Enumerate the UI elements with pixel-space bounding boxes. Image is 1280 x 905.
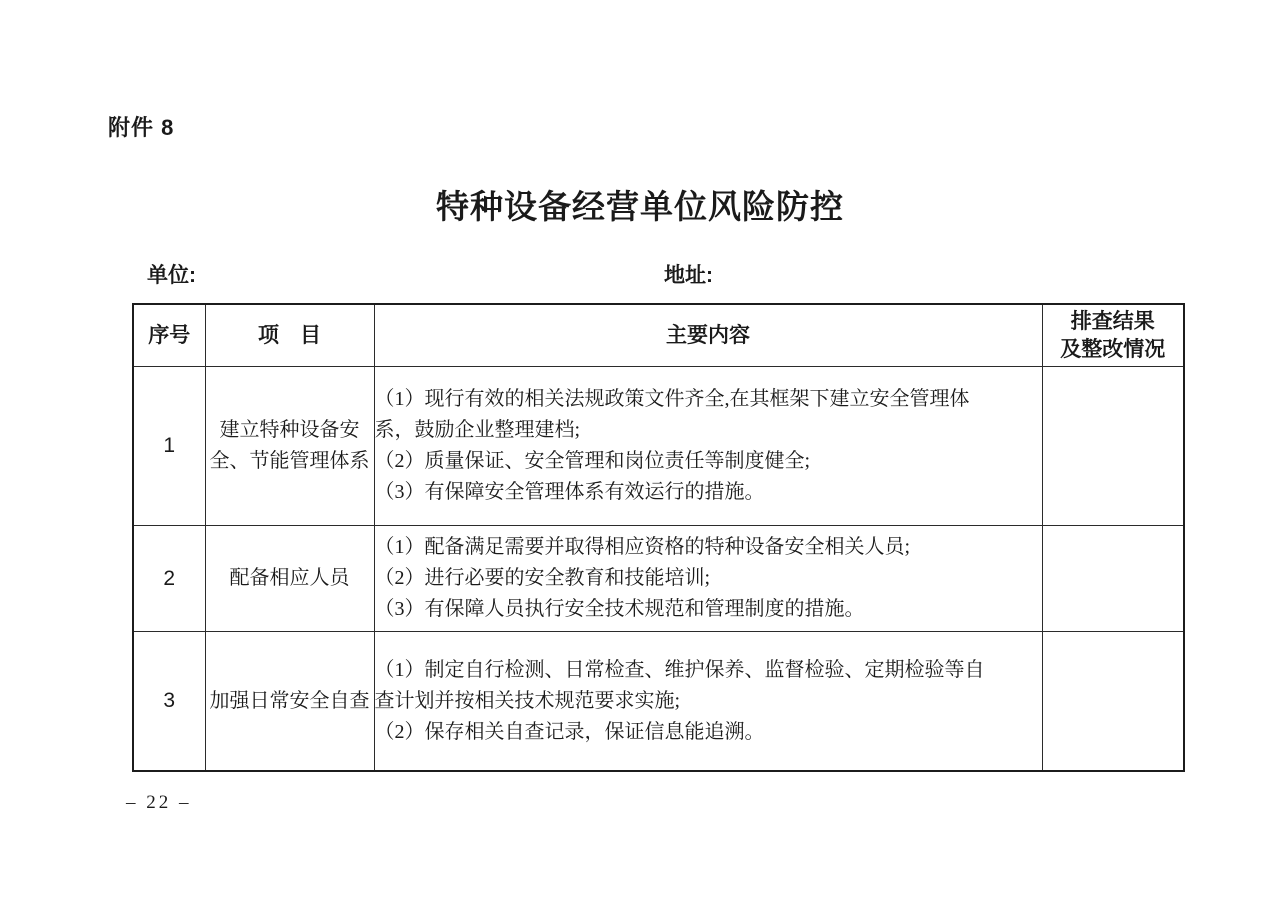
table-row: 2 配备相应人员 （1）配备满足需要并取得相应资格的特种设备安全相关人员; （2… — [133, 526, 1184, 632]
header-inspection-result: 排查结果 及整改情况 — [1042, 304, 1184, 367]
document-page: 附件 8 特种设备经营单位风险防控 单位: 地址: 序号 项 目 主要内容 排查… — [0, 0, 1280, 905]
attachment-label: 附件 8 — [108, 111, 174, 142]
field-labels-row: 单位: 地址: — [0, 259, 1280, 285]
row-item: 配备相应人员 — [205, 526, 374, 632]
row-item: 加强日常安全自查 — [205, 632, 374, 772]
row-serial-number: 2 — [133, 526, 205, 632]
row-serial-number: 3 — [133, 632, 205, 772]
row-item: 建立特种设备安全、节能管理体系 — [205, 367, 374, 526]
row-main-content: （1）现行有效的相关法规政策文件齐全,在其框架下建立安全管理体 系，鼓励企业整理… — [374, 367, 1042, 526]
row-main-content: （1）制定自行检测、日常检查、维护保养、监督检验、定期检验等自 查计划并按相关技… — [374, 632, 1042, 772]
row-inspection-result-cell — [1042, 526, 1184, 632]
table-row: 3 加强日常安全自查 （1）制定自行检测、日常检查、维护保养、监督检验、定期检验… — [133, 632, 1184, 772]
header-item: 项 目 — [205, 304, 374, 367]
header-serial-number: 序号 — [133, 304, 205, 367]
row-serial-number: 1 — [133, 367, 205, 526]
table-header-row: 序号 项 目 主要内容 排查结果 及整改情况 — [133, 304, 1184, 367]
page-title: 特种设备经营单位风险防控 — [0, 181, 1280, 228]
row-inspection-result-cell — [1042, 632, 1184, 772]
row-inspection-result-cell — [1042, 367, 1184, 526]
unit-label: 单位: — [147, 259, 196, 289]
header-main-content: 主要内容 — [374, 304, 1042, 367]
address-label: 地址: — [664, 259, 713, 289]
row-main-content: （1）配备满足需要并取得相应资格的特种设备安全相关人员; （2）进行必要的安全教… — [374, 526, 1042, 632]
table-row: 1 建立特种设备安全、节能管理体系 （1）现行有效的相关法规政策文件齐全,在其框… — [133, 367, 1184, 526]
risk-control-table: 序号 项 目 主要内容 排查结果 及整改情况 1 建立特种设备安全、节能管理体系… — [132, 303, 1185, 772]
page-number: – 22 – — [126, 792, 192, 814]
